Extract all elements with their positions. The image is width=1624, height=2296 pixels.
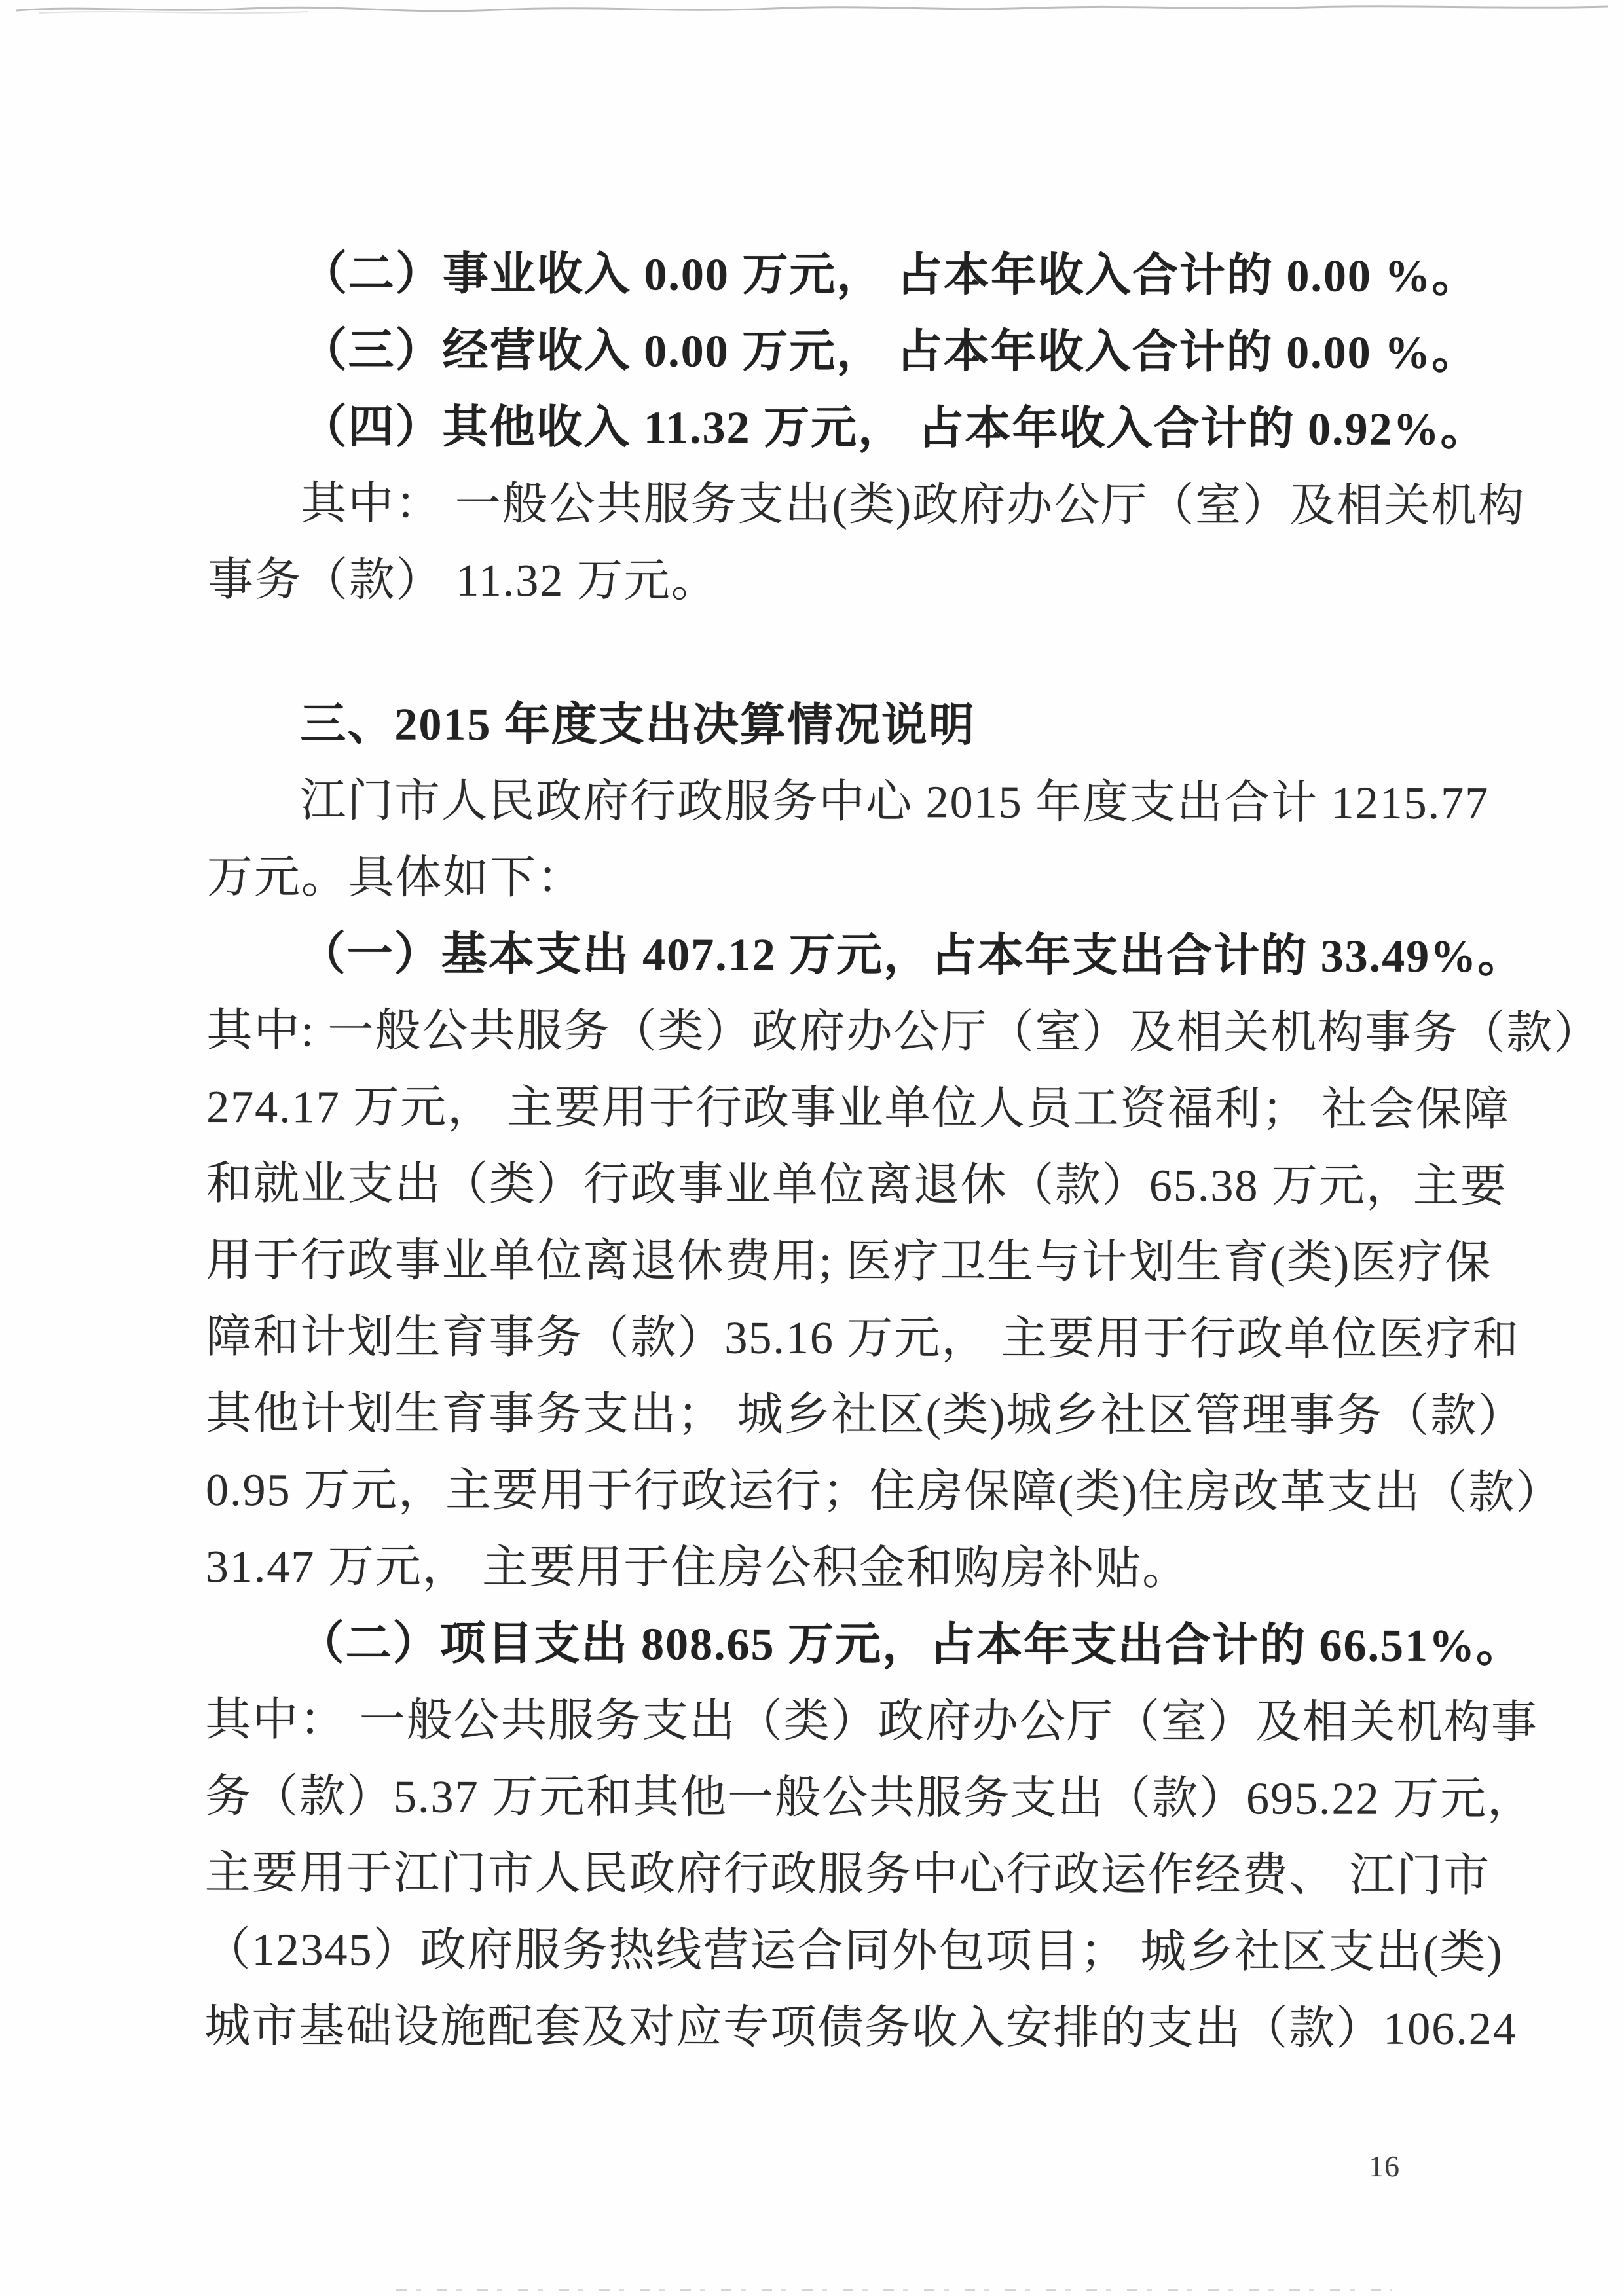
doc-line-qizhong-1: 其中： 一般公共服务支出(类)政府办公厅（室）及相关机构 <box>208 465 1426 545</box>
doc-line-lituixiu: 用于行政事业单位离退休费用; 医疗卫生与计划生育(类)医疗保 <box>206 1222 1424 1302</box>
scan-artifact-bottom-dashes <box>396 2289 1392 2291</box>
doc-line-31-47: 31.47 万元， 主要用于住房公积金和购房补贴。 <box>206 1529 1424 1608</box>
doc-line-5-37: 务（款）5.37 万元和其他一般公共服务支出（款）695.22 万元， <box>205 1758 1423 1838</box>
scanned-document-page: （二）事业收入 0.00 万元， 占本年收入合计的 0.00 %。 （三）经营收… <box>0 0 1624 2296</box>
doc-line-35-16: 障和计划生育事务（款）35.16 万元， 主要用于行政单位医疗和 <box>206 1299 1424 1378</box>
doc-line-xiangmu: （二）项目支出 808.65 万元，占本年支出合计的 66.51%。 <box>205 1605 1423 1685</box>
document-body: （二）事业收入 0.00 万元， 占本年收入合计的 0.00 %。 （三）经营收… <box>204 236 1426 2068</box>
doc-line-income-qita: （四）其他收入 11.32 万元， 占本年收入合计的 0.92%。 <box>208 389 1426 468</box>
doc-line-jutiruxia: 万元。具体如下： <box>207 839 1425 919</box>
doc-line-zhichu-total: 江门市人民政府行政服务中心 2015 年度支出合计 1215.77 <box>207 763 1425 842</box>
doc-line-qizhong-3: 其中： 一般公共服务支出（类）政府办公厅（室）及相关机构事 <box>205 1682 1423 1761</box>
doc-line-12345-hotline: （12345）政府服务热线营运合同外包项目； 城乡社区支出(类) <box>204 1912 1422 1991</box>
section-3-heading: 三、2015 年度支出决算情况说明 <box>207 686 1425 765</box>
doc-line-jiuye-zhichu: 和就业支出（类）行政事业单位离退休（款）65.38 万元，主要 <box>206 1146 1424 1225</box>
doc-line-jiben-zhichu: （一）基本支出 407.12 万元，占本年支出合计的 33.49%。 <box>207 916 1425 995</box>
doc-line-0-95: 0.95 万元，主要用于行政运行；住房保障(类)住房改革支出（款） <box>206 1452 1424 1531</box>
doc-line-chengxiang: 其他计划生育事务支出； 城乡社区(类)城乡社区管理事务（款） <box>206 1376 1424 1455</box>
doc-line-yunzuo: 主要用于江门市人民政府行政服务中心行政运作经费、 江门市 <box>205 1835 1423 1914</box>
doc-line-shiwu-kuan: 事务（款） 11.32 万元。 <box>208 542 1426 621</box>
doc-line-jichu-sheshi: 城市基础设施配套及对应专项债务收入安排的支出（款）106.24 <box>204 1988 1422 2068</box>
doc-line-qizhong-2: 其中: 一般公共服务（类）政府办公厅（室）及相关机构事务（款） <box>206 993 1424 1072</box>
doc-line-income-jingying: （三）经营收入 0.00 万元， 占本年收入合计的 0.00 %。 <box>208 312 1426 392</box>
page-number: 16 <box>1369 2149 1400 2183</box>
doc-line-274-17: 274.17 万元， 主要用于行政事业单位人员工资福利； 社会保障 <box>206 1069 1424 1148</box>
doc-line-income-shiye: （二）事业收入 0.00 万元， 占本年收入合计的 0.00 %。 <box>208 236 1426 315</box>
section-3: 三、2015 年度支出决算情况说明 江门市人民政府行政服务中心 2015 年度支… <box>204 686 1425 2068</box>
scan-artifact-top-edge <box>0 0 1624 26</box>
